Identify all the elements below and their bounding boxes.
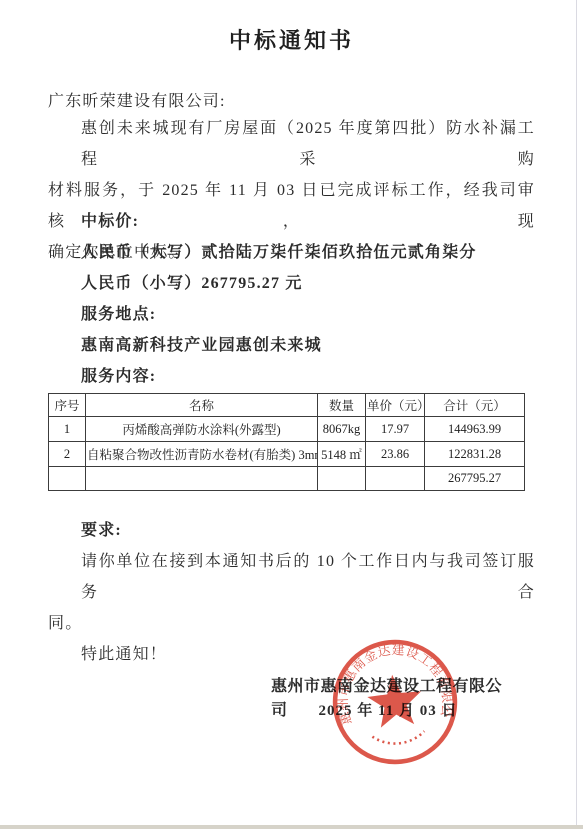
service-location-value: 惠南高新科技产业园惠创未来城 [48,330,535,361]
table-row: 2 自粘聚合物改性沥青防水卷材(有胎类) 3mm 5148 ㎡ 23.86 12… [49,442,525,467]
scan-bottom-edge [0,825,583,829]
header-cell-no: 序号 [49,394,86,417]
grand-total-cell: 267795.27 [425,467,525,491]
cell-name: 丙烯酸高弹防水涂料(外露型) [86,417,318,442]
cell-price: 17.97 [366,417,425,442]
service-content-label: 服务内容: [48,361,535,392]
cell-name-empty [86,467,318,491]
cell-no: 2 [49,442,86,467]
intro-line: 惠创未来城现有厂房屋面（2025 年度第四批）防水补漏工程采购 [48,113,535,175]
seal-serial-marks [372,731,425,746]
header-cell-total: 合计（元） [425,394,525,417]
table-header-row: 序号 名称 数量 单价（元） 合计（元） [49,394,525,417]
header-cell-qty: 数量 [318,394,366,417]
company-seal-stamp: 惠州市惠南金达建设工程有限公司 [322,629,467,774]
header-cell-name: 名称 [86,394,318,417]
cell-qty: 8067kg [318,417,366,442]
cell-no-empty [49,467,86,491]
items-table: 序号 名称 数量 单价（元） 合计（元） 1 丙烯酸高弹防水涂料(外露型) 80… [48,393,525,491]
scan-edge-artifact [576,0,577,829]
seal-star-icon [365,672,424,729]
total-row: 267795.27 [49,467,525,491]
cell-name: 自粘聚合物改性沥青防水卷材(有胎类) 3mm [86,442,318,467]
cell-no: 1 [49,417,86,442]
cell-price-empty [366,467,425,491]
amount-in-words: 人民币（大写）贰拾陆万柒仟柒佰玖拾伍元贰角柒分 [48,237,535,268]
document-page: 中标通知书 广东昕荣建设有限公司: 惠创未来城现有厂房屋面（2025 年度第四批… [0,0,583,829]
header-cell-price: 单价（元） [366,394,425,417]
table-row: 1 丙烯酸高弹防水涂料(外露型) 8067kg 17.97 144963.99 [49,417,525,442]
bid-price-label: 中标价: [48,206,535,237]
cell-total: 144963.99 [425,417,525,442]
requirements-section: 要求: 请你单位在接到本通知书后的 10 个工作日内与我司签订服务合 同。 特此… [48,515,535,670]
requirements-label: 要求: [48,515,535,546]
cell-qty: 5148 ㎡ [318,442,366,467]
requirement-line: 请你单位在接到本通知书后的 10 个工作日内与我司签订服务合 [48,546,535,608]
requirement-line: 同。 [48,608,535,639]
document-title: 中标通知书 [0,28,583,54]
bid-details-section: 中标价: 人民币（大写）贰拾陆万柒仟柒佰玖拾伍元贰角柒分 人民币（小写）2677… [48,206,535,392]
cell-total: 122831.28 [425,442,525,467]
cell-qty-empty [318,467,366,491]
closing-line: 特此通知！ [48,639,535,670]
cell-price: 23.86 [366,442,425,467]
amount-in-figures: 人民币（小写）267795.27 元 [48,268,535,299]
service-location-label: 服务地点: [48,299,535,330]
